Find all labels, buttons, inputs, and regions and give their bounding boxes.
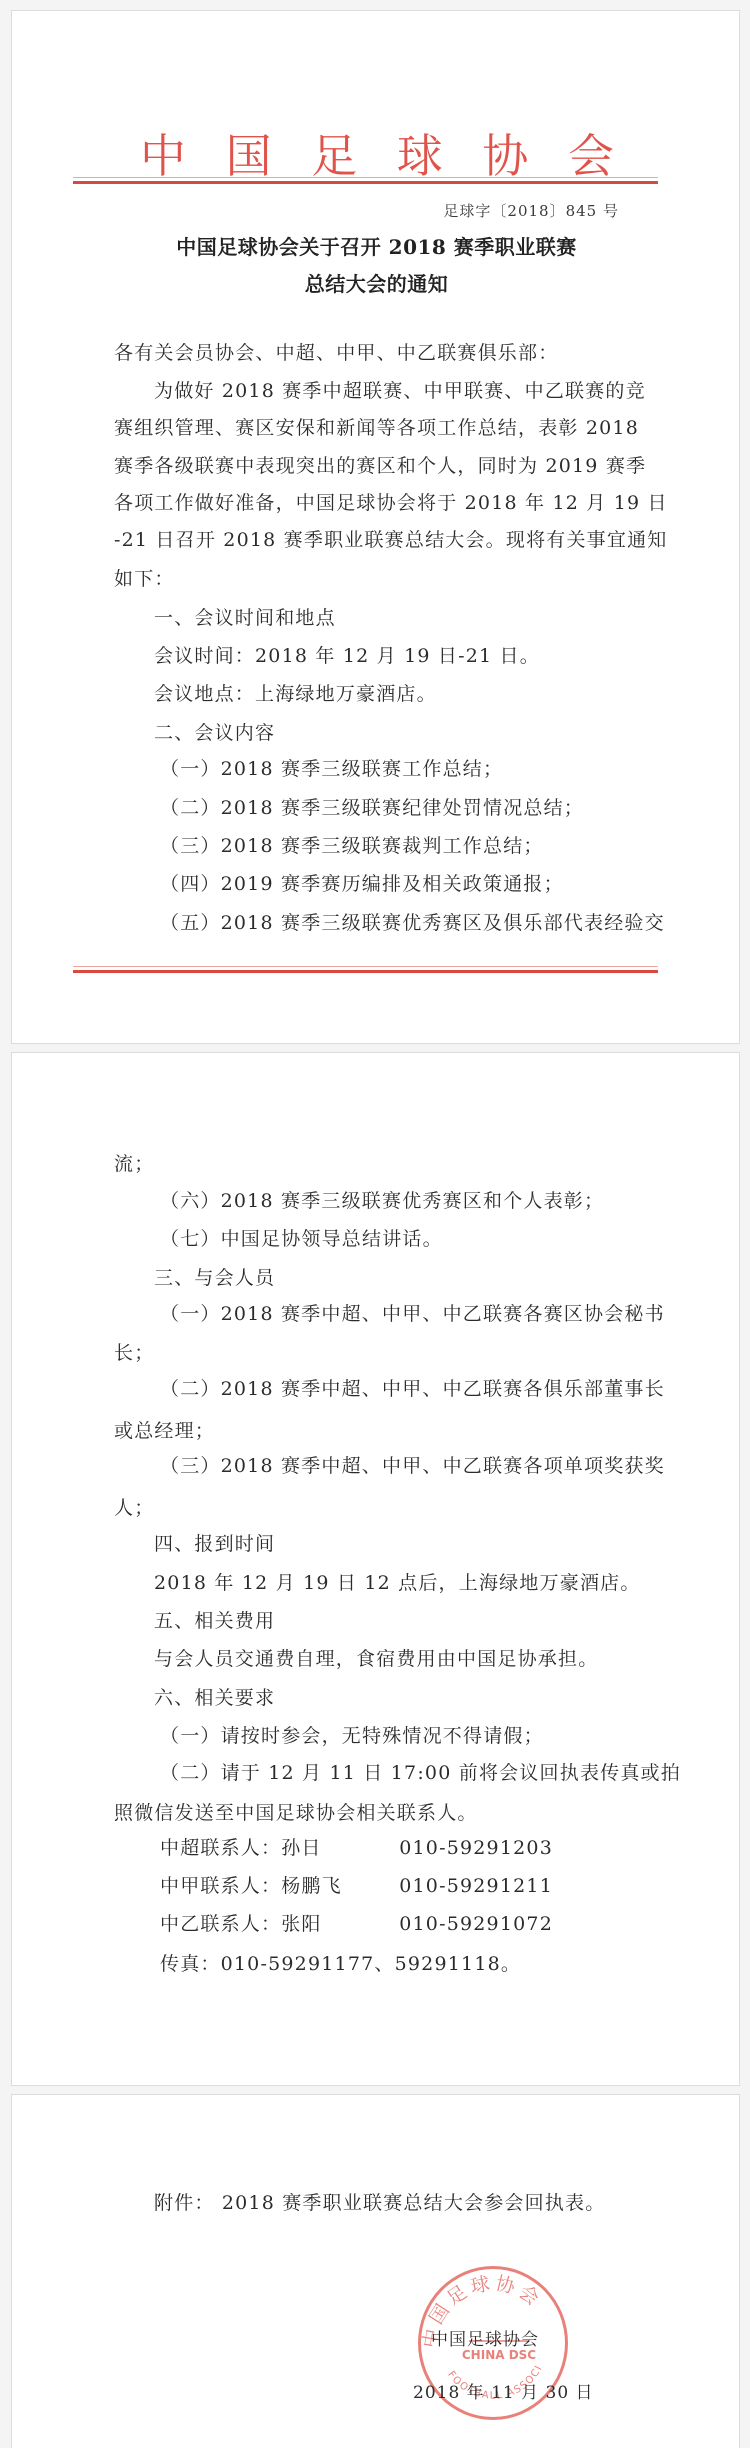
contact-name: 张阳 — [281, 1912, 399, 1936]
section-heading-5: 五、相关费用 — [154, 1609, 275, 1633]
letterhead-char: 国 — [223, 128, 275, 184]
contact-role: 中超联系人： — [160, 1836, 281, 1860]
meeting-time: 会议时间：2018 年 12 月 19 日-21 日。 — [154, 644, 540, 668]
letterhead-char: 会 — [565, 128, 617, 184]
body-paragraph-line: 赛季各级联赛中表现突出的赛区和个人，同时为 2019 赛季 — [114, 454, 622, 478]
contact-name: 孙日 — [281, 1836, 399, 1860]
body-paragraph-line: 为做好 2018 赛季中超联赛、中甲联赛、中乙联赛的竞 — [154, 379, 622, 403]
salutation: 各有关会员协会、中超、中甲、中乙联赛俱乐部： — [114, 341, 558, 365]
body-paragraph-line: 长； — [114, 1341, 154, 1365]
agenda-item: （五）2018 赛季三级联赛优秀赛区及俱乐部代表经验交 — [160, 911, 665, 935]
agenda-item: （二）2018 赛季三级联赛纪律处罚情况总结； — [160, 796, 584, 820]
body-paragraph-line: 赛组织管理、赛区安保和新闻等各项工作总结，表彰 2018 — [114, 416, 622, 440]
document-number: 足球字〔2018〕845 号 — [443, 200, 619, 221]
body-paragraph-line: -21 日召开 2018 赛季职业联赛总结大会。现将有关事宜通知 — [114, 528, 622, 552]
requirement-item: （二）请于 12 月 11 日 17:00 前将会议回执表传真或拍 — [160, 1761, 681, 1785]
meeting-location: 会议地点：上海绿地万豪酒店。 — [154, 682, 437, 706]
contact-role: 中乙联系人： — [160, 1912, 281, 1936]
fax-numbers: 传真：010-59291177、59291118。 — [160, 1952, 521, 1976]
agenda-item: （一）2018 赛季三级联赛工作总结； — [160, 757, 503, 781]
letterhead-char: 足 — [308, 128, 360, 184]
section-heading-3: 三、与会人员 — [154, 1266, 275, 1290]
attendee-item: （二）2018 赛季中超、中甲、中乙联赛各俱乐部董事长 — [160, 1377, 665, 1401]
section-heading-2: 二、会议内容 — [154, 721, 275, 745]
attachment-note: 附件： 2018 赛季职业联赛总结大会参会回执表。 — [154, 2191, 605, 2215]
contact-row: 中超联系人：孙日010-59291203 — [160, 1836, 553, 1860]
document-title-line-2: 总结大会的通知 — [12, 268, 741, 297]
letterhead-char: 球 — [394, 128, 446, 184]
body-paragraph-line: 如下： — [114, 567, 175, 591]
section-heading-6: 六、相关要求 — [154, 1686, 275, 1710]
document-title-line-1: 中国足球协会关于召开 2018 赛季职业联赛 — [12, 231, 741, 260]
document-page-1: 中 国 足 球 协 会 足球字〔2018〕845 号 中国足球协会关于召开 20… — [11, 10, 740, 1044]
body-paragraph-line: 流； — [114, 1152, 154, 1176]
contact-name: 杨鹏飞 — [281, 1874, 399, 1898]
section-heading-4: 四、报到时间 — [154, 1532, 275, 1556]
requirement-item: （一）请按时参会，无特殊情况不得请假； — [160, 1724, 544, 1748]
letterhead-char: 中 — [137, 128, 189, 184]
body-paragraph-line: 人； — [114, 1496, 154, 1520]
agenda-item: （四）2019 赛季赛历编排及相关政策通报； — [160, 872, 564, 896]
footer-divider — [73, 966, 658, 973]
registration-time: 2018 年 12 月 19 日 12 点后，上海绿地万豪酒店。 — [154, 1571, 641, 1595]
contact-row: 中甲联系人：杨鹏飞010-59291211 — [160, 1874, 553, 1898]
expenses-text: 与会人员交通费自理，食宿费用由中国足协承担。 — [154, 1647, 598, 1671]
agenda-item: （六）2018 赛季三级联赛优秀赛区和个人表彰； — [160, 1189, 604, 1213]
agenda-item: （三）2018 赛季三级联赛裁判工作总结； — [160, 834, 544, 858]
agenda-item: （七）中国足协领导总结讲话。 — [160, 1227, 443, 1251]
letterhead-char: 协 — [479, 128, 531, 184]
section-heading-1: 一、会议时间和地点 — [154, 606, 336, 630]
document-page-2: 流； （六）2018 赛季三级联赛优秀赛区和个人表彰； （七）中国足协领导总结讲… — [11, 1052, 740, 2086]
contact-phone: 010-59291203 — [399, 1837, 553, 1859]
document-page-3: 附件： 2018 赛季职业联赛总结大会参会回执表。 中国足球协会 CHINA D… — [11, 2094, 740, 2448]
signature-organization: 中国足球协会 — [431, 2325, 539, 2350]
svg-text:CHINA DSC: CHINA DSC — [462, 2348, 536, 2362]
attendee-item: （三）2018 赛季中超、中甲、中乙联赛各项单项奖获奖 — [160, 1454, 665, 1478]
signature-date: 2018 年 11 月 30 日 — [413, 2378, 594, 2403]
contact-phone: 010-59291211 — [399, 1875, 553, 1897]
body-paragraph-line: 或总经理； — [114, 1419, 215, 1443]
letterhead-title: 中 国 足 球 协 会 — [137, 128, 617, 184]
contact-phone: 010-59291072 — [399, 1913, 553, 1935]
body-paragraph-line: 照微信发送至中国足球协会相关联系人。 — [114, 1801, 478, 1825]
body-paragraph-line: 各项工作做好准备，中国足球协会将于 2018 年 12 月 19 日 — [114, 491, 622, 515]
contact-row: 中乙联系人：张阳010-59291072 — [160, 1912, 553, 1936]
letterhead-divider — [73, 177, 658, 184]
attendee-item: （一）2018 赛季中超、中甲、中乙联赛各赛区协会秘书 — [160, 1302, 665, 1326]
contact-role: 中甲联系人： — [160, 1874, 281, 1898]
